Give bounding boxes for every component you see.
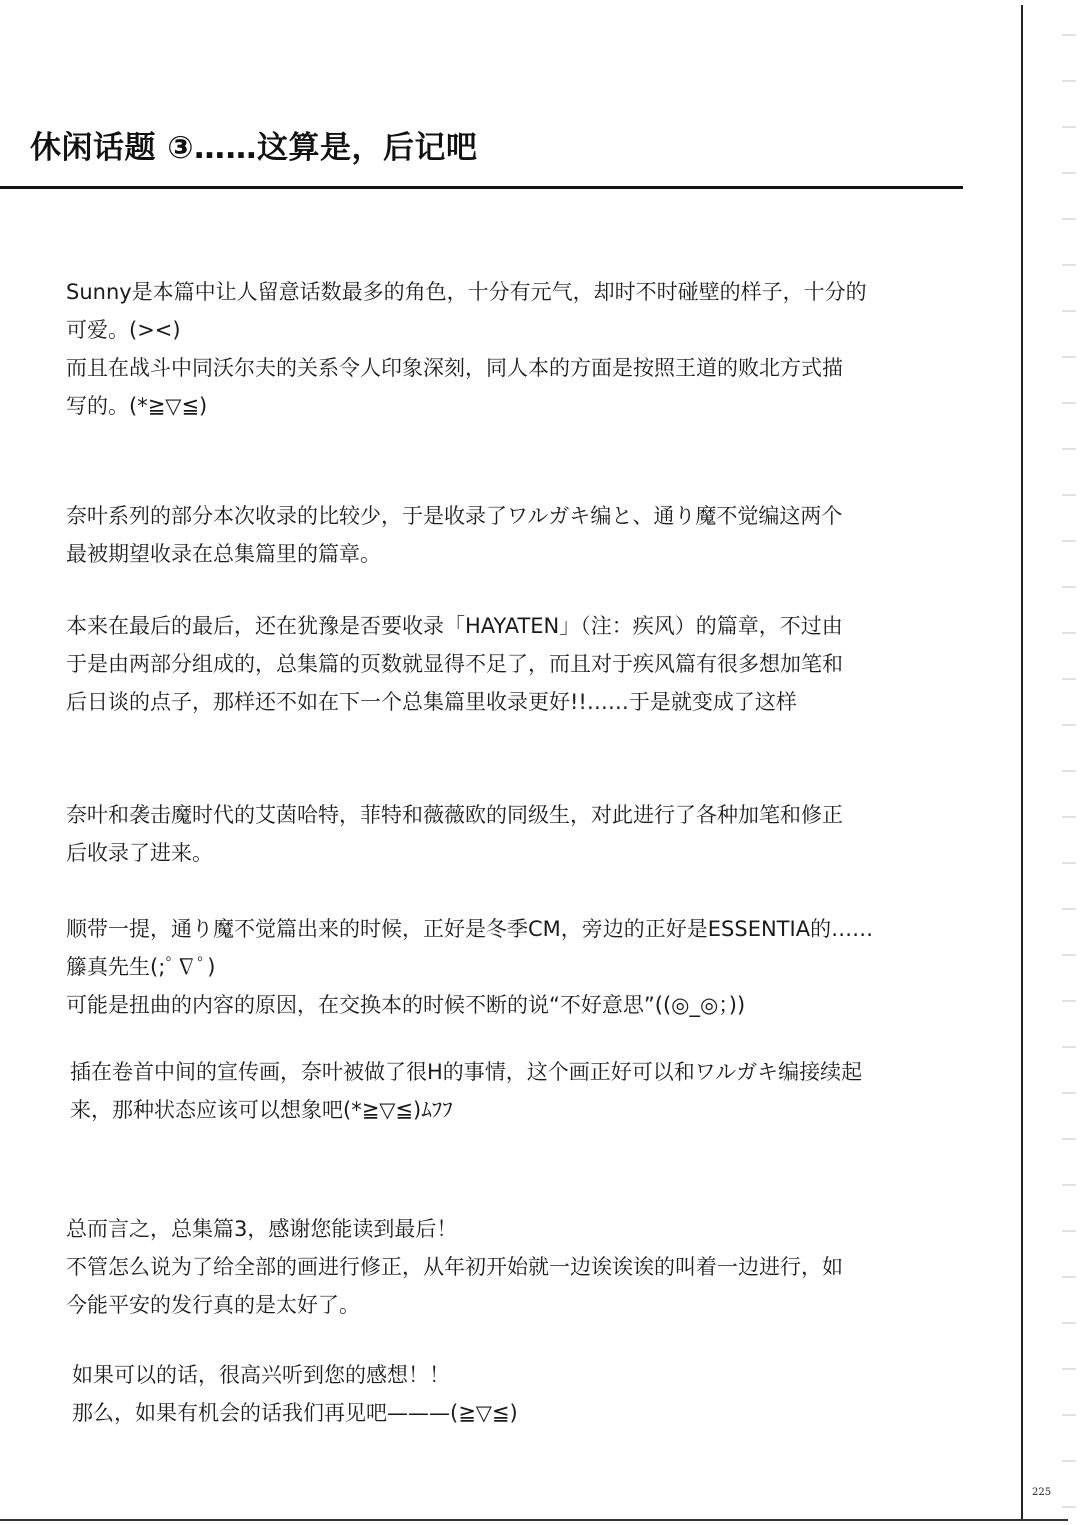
paragraph-thanks: 总而言之，总集篇3，感谢您能读到最后！ 不管怎么说为了给全部的画进行修正，从年初… xyxy=(66,1210,956,1324)
text-line: 来，那种状态应该可以想象吧(*≧▽≦)ﾑﾌﾌ xyxy=(70,1091,960,1129)
page-edge-decoration xyxy=(1062,0,1076,1525)
paragraph-einhart: 奈叶和袭击魔时代的艾茵哈特，菲特和薇薇欧的同级生，对此进行了各种加笔和修正 后收… xyxy=(66,796,956,872)
text-line: 而且在战斗中同沃尔夫的关系令人印象深刻，同人本的方面是按照王道的败北方式描 xyxy=(66,349,956,387)
page-number: 225 xyxy=(1032,1487,1051,1498)
text-line: 不管怎么说为了给全部的画进行修正，从年初开始就一边诶诶诶的叫着一边进行，如 xyxy=(66,1248,956,1286)
page-title: 休闲话题 ③……这算是，后记吧 xyxy=(30,122,478,167)
paragraph-promo-art: 插在卷首中间的宣传画，奈叶被做了很H的事情，这个画正好可以和ワルガキ编接续起 来… xyxy=(70,1053,960,1129)
text-line: 奈叶和袭击魔时代的艾茵哈特，菲特和薇薇欧的同级生，对此进行了各种加笔和修正 xyxy=(66,796,956,834)
text-line: 奈叶系列的部分本次收录的比较少，于是收录了ワルガキ编と、通り魔不觉编这两个 xyxy=(66,497,956,535)
bottom-rule xyxy=(0,1519,1068,1521)
text-line: 总而言之，总集篇3，感谢您能读到最后！ xyxy=(66,1210,956,1248)
text-line: 插在卷首中间的宣传画，奈叶被做了很H的事情，这个画正好可以和ワルガキ编接续起 xyxy=(70,1053,960,1091)
text-line: 本来在最后的最后，还在犹豫是否要收录「HAYATEN」（注：疾风）的篇章，不过由 xyxy=(66,607,956,645)
text-line: 后日谈的点子，那样还不如在下一个总集篇里收录更好!!……于是就变成了这样 xyxy=(66,683,956,721)
paragraph-sunny: Sunny是本篇中让人留意话数最多的角色，十分有元气，却时不时碰壁的样子，十分的… xyxy=(66,273,956,425)
paragraph-nanoha-series: 奈叶系列的部分本次收录的比较少，于是收录了ワルガキ编と、通り魔不觉编这两个 最被… xyxy=(66,497,956,573)
paragraph-farewell: 如果可以的话，很高兴听到您的感想！！ 那么，如果有机会的话我们再见吧———(≧▽… xyxy=(72,1356,962,1432)
text-line: 后收录了进来。 xyxy=(66,834,956,872)
text-line: 如果可以的话，很高兴听到您的感想！！ xyxy=(72,1356,962,1394)
text-line: 籐真先生(;ﾟ∇ﾟ) xyxy=(66,948,956,986)
text-line: 顺带一提，通り魔不觉篇出来的时候，正好是冬季CM，旁边的正好是ESSENTIA的… xyxy=(66,910,956,948)
margin-rule xyxy=(1021,5,1023,1520)
text-line: Sunny是本篇中让人留意话数最多的角色，十分有元气，却时不时碰壁的样子，十分的 xyxy=(66,273,956,311)
paragraph-hayaten: 本来在最后的最后，还在犹豫是否要收录「HAYATEN」（注：疾风）的篇章，不过由… xyxy=(66,607,956,721)
text-line: 今能平安的发行真的是太好了。 xyxy=(66,1286,956,1324)
text-line: 可能是扭曲的内容的原因，在交换本的时候不断的说“不好意思”((◎_◎；)) xyxy=(66,986,956,1024)
text-line: 于是由两部分组成的，总集篇的页数就显得不足了，而且对于疾风篇有很多想加笔和 xyxy=(66,645,956,683)
title-divider xyxy=(0,186,963,189)
paragraph-comiket: 顺带一提，通り魔不觉篇出来的时候，正好是冬季CM，旁边的正好是ESSENTIA的… xyxy=(66,910,956,1024)
text-line: 写的。(*≧▽≦) xyxy=(66,387,956,425)
text-line: 可爱。(><) xyxy=(66,311,956,349)
text-line: 最被期望收录在总集篇里的篇章。 xyxy=(66,535,956,573)
text-line: 那么，如果有机会的话我们再见吧———(≧▽≦) xyxy=(72,1394,962,1432)
